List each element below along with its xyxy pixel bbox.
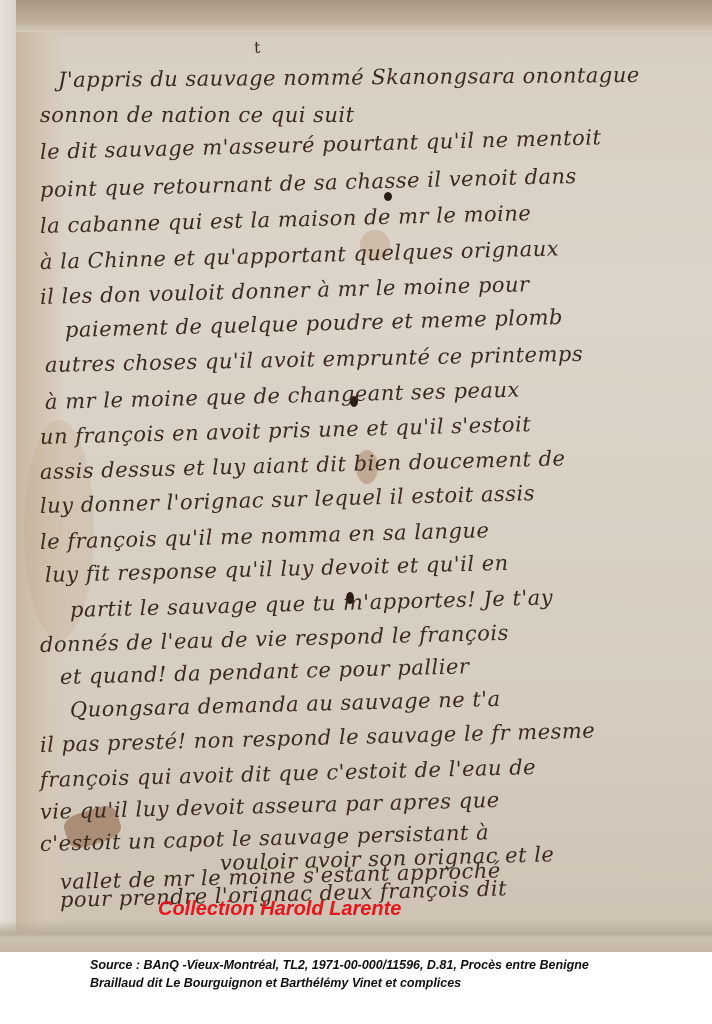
manuscript-line: un françois en avoit pris une et qu'il s… (40, 412, 532, 449)
source-caption: Source : BAnQ -Vieux-Montréal, TL2, 1971… (90, 956, 700, 992)
collection-watermark: Collection Harold Larente (158, 898, 401, 921)
manuscript-line: point que retournant de sa chasse il ven… (40, 164, 577, 202)
scan-margin (0, 0, 16, 952)
manuscript-line: françois qui avoit dit que c'estoit de l… (40, 755, 537, 792)
manuscript-line: à la Chinne et qu'apportant quelques ori… (40, 236, 560, 274)
manuscript-line: paiement de quelque poudre et meme plomb (65, 305, 564, 342)
manuscript-line: à mr le moine que de changeant ses peaux (45, 378, 520, 414)
manuscript-line: la cabanne qui est la maison de mr le mo… (40, 201, 532, 238)
caption-line-2: Braillaud dit Le Bourguignon et Barthélé… (90, 974, 700, 992)
manuscript-line: luy donner l'orignac sur lequel il estoi… (40, 481, 536, 518)
manuscript-line: le françois qu'il me nomma en sa langue (40, 518, 490, 554)
manuscript-photo: t J'appris du sauvage nommé Skanongsara … (0, 0, 712, 952)
torn-bottom-edge (0, 920, 712, 952)
ink-blot (384, 192, 392, 201)
manuscript-line: sonnon de nation ce qui suit (40, 103, 355, 127)
sheet-top-edge (16, 0, 712, 32)
manuscript-line: Quongsara demanda au sauvage ne t'a (70, 687, 501, 722)
manuscript-line: assis dessus et luy aiant dit bien douce… (40, 446, 566, 484)
manuscript-line: donnés de l'eau de vie respond le franço… (40, 621, 509, 657)
caption-line-1: Source : BAnQ -Vieux-Montréal, TL2, 1971… (90, 956, 700, 974)
manuscript-line: partit le sauvage que tu m'apportes! Je … (70, 585, 554, 622)
page-mark: t (254, 38, 260, 57)
manuscript-line: et quand! da pendant ce pour pallier (60, 654, 470, 689)
manuscript-line: le dit sauvage m'asseuré pourtant qu'il … (40, 125, 602, 164)
manuscript-line: luy fit response qu'il luy devoit et qu'… (45, 551, 509, 587)
manuscript-line: il les don vouloit donner à mr le moine … (40, 272, 530, 309)
manuscript-line: il pas presté! non respond le sauvage le… (40, 718, 596, 757)
manuscript-line: J'appris du sauvage nommé Skanongsara on… (58, 63, 640, 92)
manuscript-line: vie qu'il luy devoit asseura par apres q… (40, 788, 500, 824)
manuscript-line: autres choses qu'il avoit emprunté ce pr… (45, 342, 584, 377)
